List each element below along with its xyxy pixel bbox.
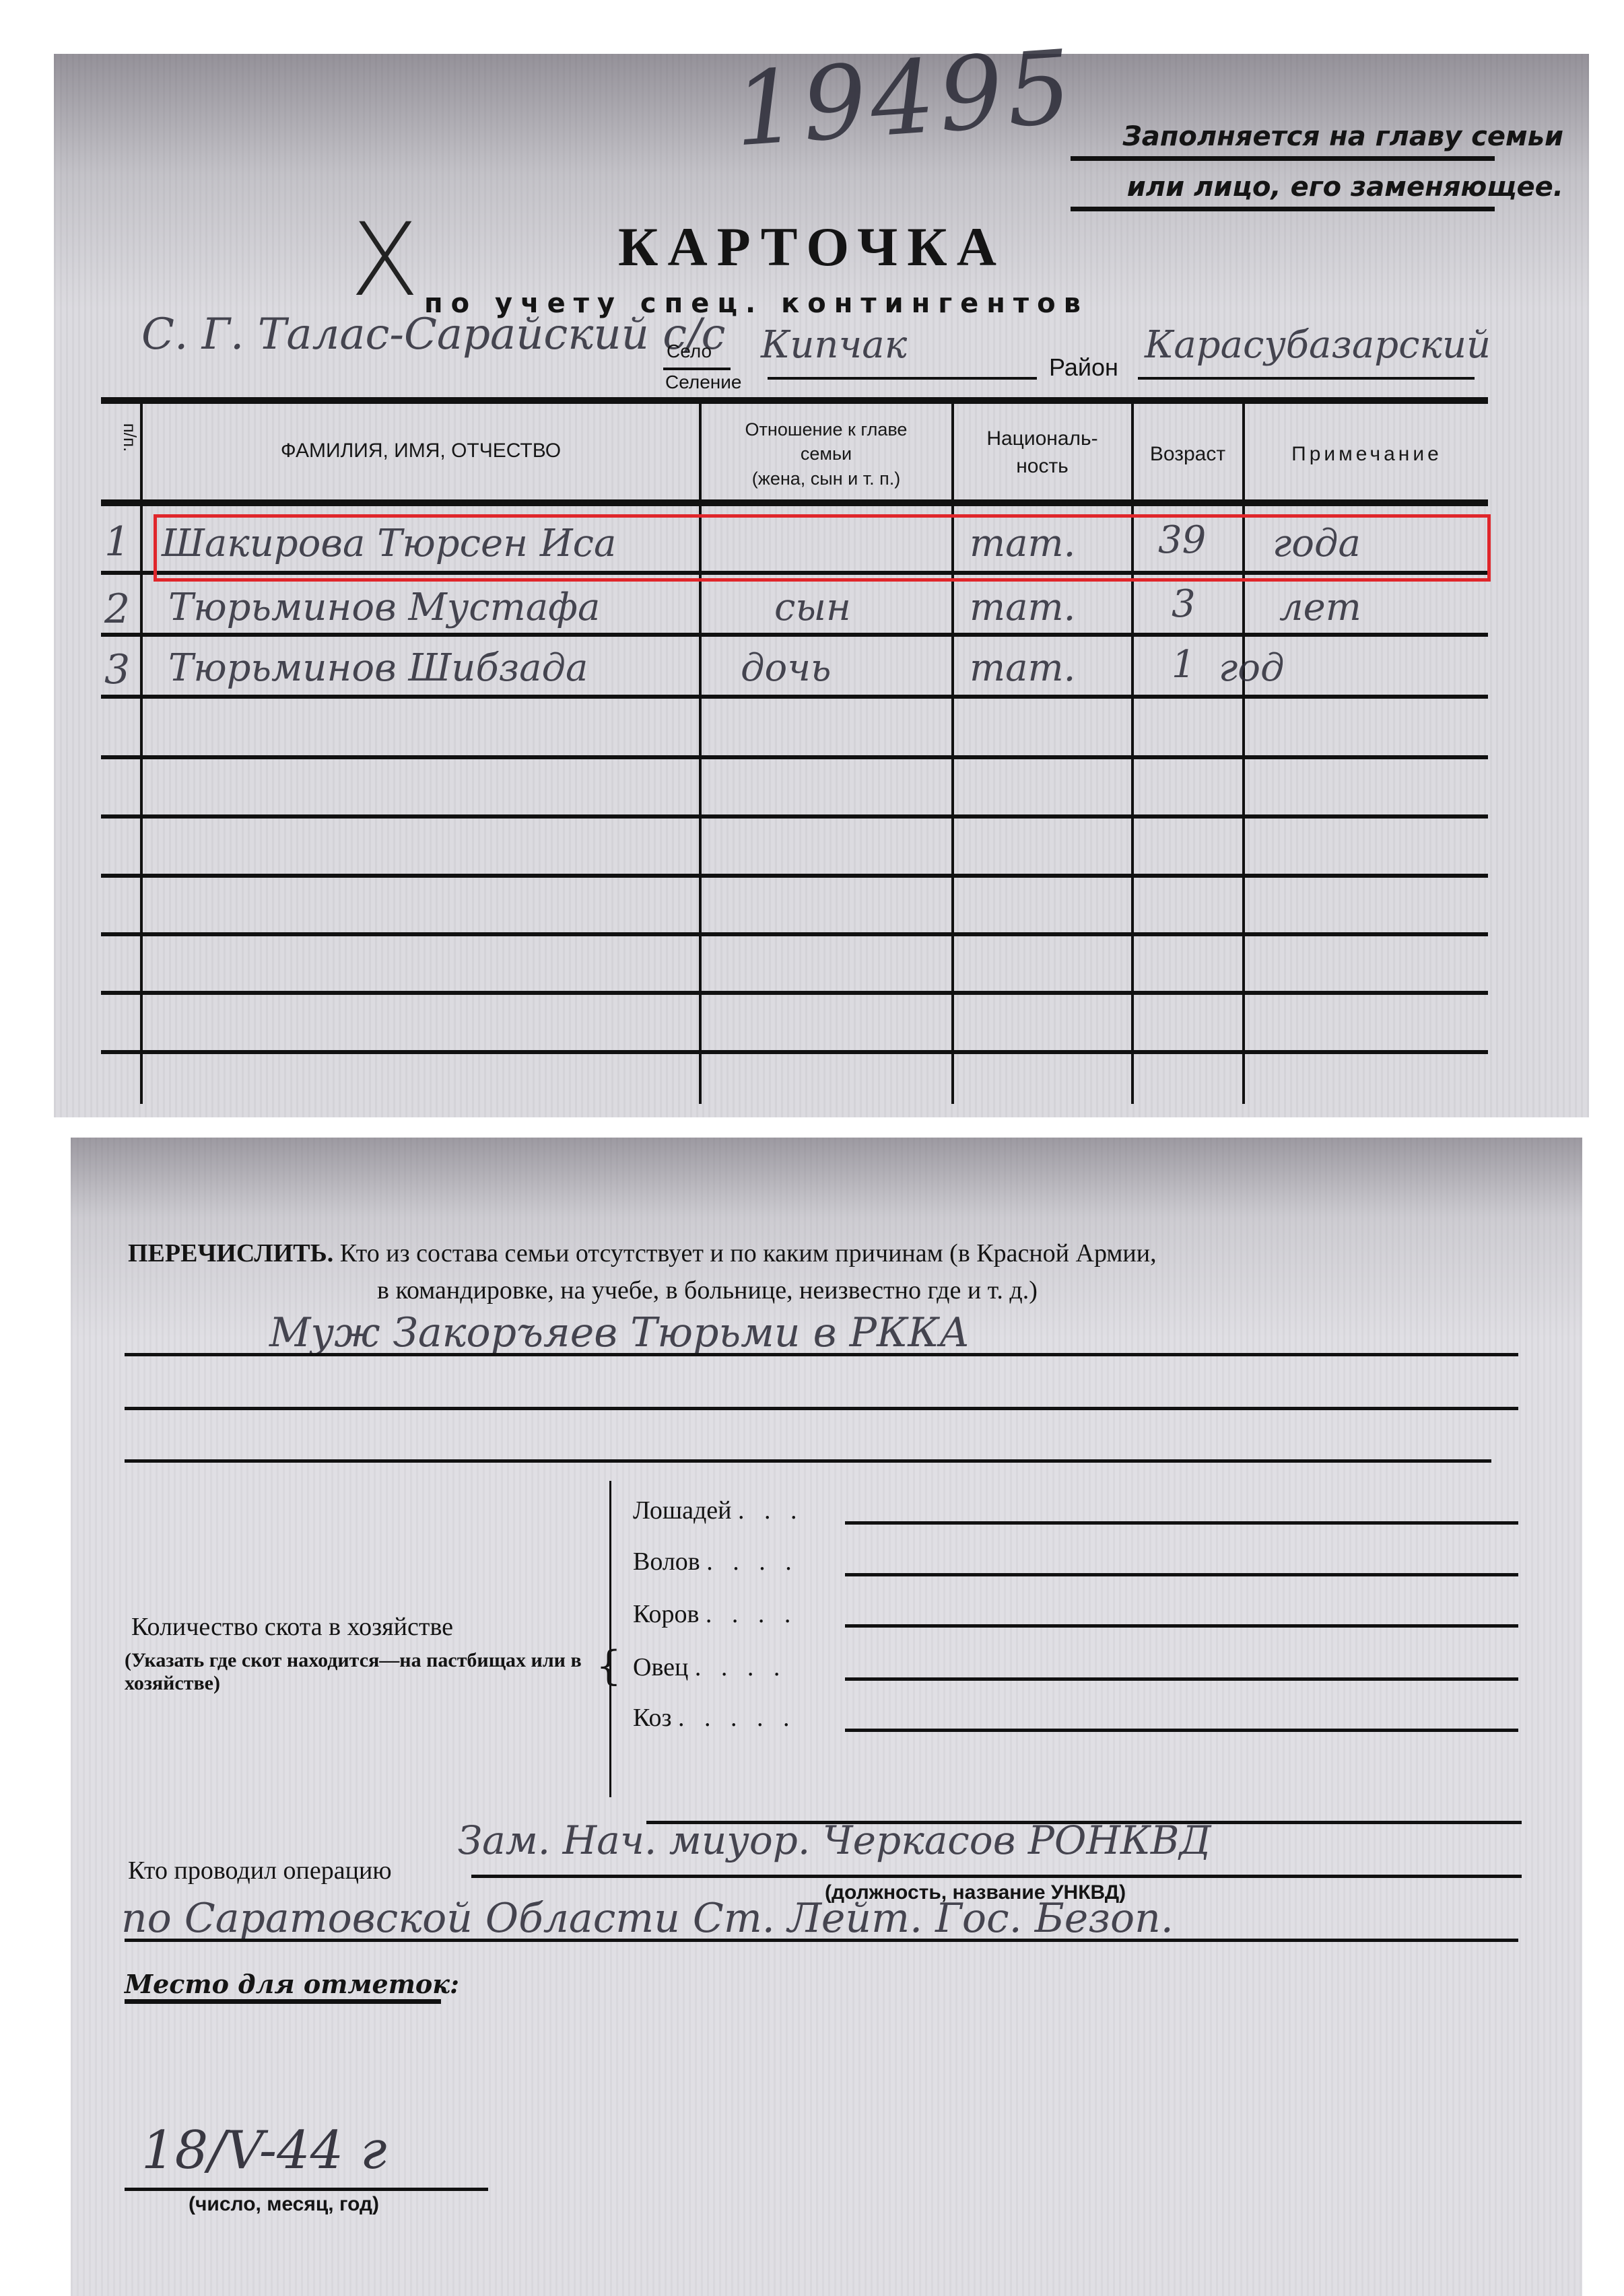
row2-age: 3 bbox=[1172, 582, 1196, 626]
row1-num: 1 bbox=[104, 518, 130, 565]
raion-value: Карасубазарский bbox=[1145, 323, 1491, 367]
sovet-hand: С. Г. Талас-Сарайский с/с bbox=[141, 310, 726, 359]
note-underline-1 bbox=[1071, 156, 1495, 161]
livestock-cows: Коров . . . . bbox=[633, 1599, 797, 1629]
handwritten-record-number: 19495 bbox=[731, 29, 1079, 170]
selo-fraction-line bbox=[663, 368, 731, 370]
header-name: ФАМИЛИЯ, ИМЯ, ОТЧЕСТВО bbox=[145, 438, 697, 465]
card-title: КАРТОЧКА bbox=[0, 215, 1624, 279]
row-rule-7 bbox=[101, 932, 1488, 936]
marks-label: Место для отметок: bbox=[125, 1969, 459, 1999]
header-nationality: Националь- ность bbox=[955, 425, 1130, 480]
header-relation: Отношение к главе семьи (жена, сын и т. … bbox=[702, 417, 950, 491]
header-num: п/п. bbox=[118, 417, 141, 458]
row-rule-6 bbox=[101, 874, 1488, 878]
header-age: Возраст bbox=[1135, 441, 1241, 468]
row3-name: Тюрьминов Шибзада bbox=[168, 646, 588, 690]
col-divider-nationality bbox=[1131, 404, 1134, 1104]
livestock-horses: Лошадей . . . bbox=[633, 1496, 804, 1525]
brace-icon: { bbox=[596, 1642, 621, 1690]
date-handwritten: 18/V-44 г bbox=[141, 2120, 387, 2181]
sheep-line[interactable] bbox=[845, 1677, 1518, 1681]
row2-relation: сын bbox=[774, 586, 851, 629]
note-underline-2 bbox=[1071, 207, 1495, 211]
raion-underline bbox=[1138, 377, 1475, 380]
oxen-line[interactable] bbox=[845, 1573, 1518, 1576]
row2-nationality: тат. bbox=[970, 586, 1075, 629]
livestock-brace-line bbox=[609, 1481, 611, 1797]
row2-name: Тюрьминов Мустафа bbox=[168, 586, 600, 629]
row-rule-2 bbox=[101, 633, 1488, 637]
row3-note: год bbox=[1219, 646, 1285, 690]
row3-age: 1 bbox=[1172, 643, 1196, 687]
raion-label: Район bbox=[1049, 353, 1118, 382]
fill-note-line2: или лицо, его заменяющее. bbox=[1127, 172, 1563, 203]
table-top-rule bbox=[101, 397, 1488, 404]
cows-line[interactable] bbox=[845, 1624, 1518, 1628]
date-line bbox=[125, 2188, 488, 2191]
col-divider-relation bbox=[951, 404, 954, 1104]
absent-answer: Муж Закоръяев Тюрьми в РККА bbox=[269, 1309, 970, 1356]
col-divider-age bbox=[1242, 404, 1245, 1104]
col-divider-num bbox=[140, 404, 143, 1104]
row3-relation: дочь bbox=[741, 646, 832, 690]
livestock-goats: Коз . . . . . bbox=[633, 1703, 796, 1733]
marks-underline bbox=[125, 1999, 441, 2004]
goats-line[interactable] bbox=[845, 1729, 1518, 1732]
absent-prompt-line2: в командировке, на учебе, в больнице, не… bbox=[377, 1276, 1038, 1305]
row-rule-5 bbox=[101, 814, 1488, 819]
absent-line-1 bbox=[125, 1353, 1518, 1356]
horses-line[interactable] bbox=[845, 1521, 1518, 1525]
livestock-sheep: Овец . . . . bbox=[633, 1653, 786, 1682]
row3-nationality: тат. bbox=[970, 646, 1075, 690]
row3-num: 3 bbox=[104, 646, 130, 693]
col-divider-name bbox=[699, 404, 702, 1104]
row2-note: лет bbox=[1279, 586, 1361, 629]
header-note: Примечание bbox=[1246, 441, 1488, 468]
selo-value: Кипчак bbox=[761, 323, 907, 367]
row-rule-4 bbox=[101, 755, 1488, 759]
absent-prompt-line1: ПЕРЕЧИСЛИТЬ. Кто из состава семьи отсутс… bbox=[128, 1239, 1157, 1268]
operation-label: Кто проводил операцию bbox=[128, 1856, 392, 1885]
operation-value-line2: по Саратовской Области Ст. Лейт. Гос. Бе… bbox=[121, 1895, 1174, 1942]
row1-highlight-box bbox=[154, 514, 1491, 582]
operation-value-line1: Зам. Нач. миуор. Черкасов РОНКВД bbox=[458, 1817, 1211, 1863]
livestock-oxen: Волов . . . . bbox=[633, 1547, 799, 1576]
operation-line-2 bbox=[125, 1939, 1518, 1942]
selo-underline bbox=[768, 377, 1037, 380]
selenie-label: Селение bbox=[665, 372, 741, 393]
row-rule-3 bbox=[101, 695, 1488, 699]
table-header-rule bbox=[101, 499, 1488, 506]
date-caption: (число, месяц, год) bbox=[189, 2193, 379, 2216]
fill-note-line1: Заполняется на главу семьи bbox=[1122, 121, 1563, 152]
row-rule-9 bbox=[101, 1050, 1488, 1054]
livestock-hint: (Указать где скот находится—на пастбищах… bbox=[125, 1649, 596, 1695]
row2-num: 2 bbox=[104, 586, 130, 633]
selo-label: Село bbox=[667, 341, 712, 362]
livestock-title: Количество скота в хозяйстве bbox=[131, 1612, 453, 1642]
row-rule-8 bbox=[101, 991, 1488, 995]
absent-line-2 bbox=[125, 1407, 1518, 1410]
operation-line-1 bbox=[471, 1875, 1522, 1878]
absent-line-3 bbox=[125, 1459, 1491, 1463]
